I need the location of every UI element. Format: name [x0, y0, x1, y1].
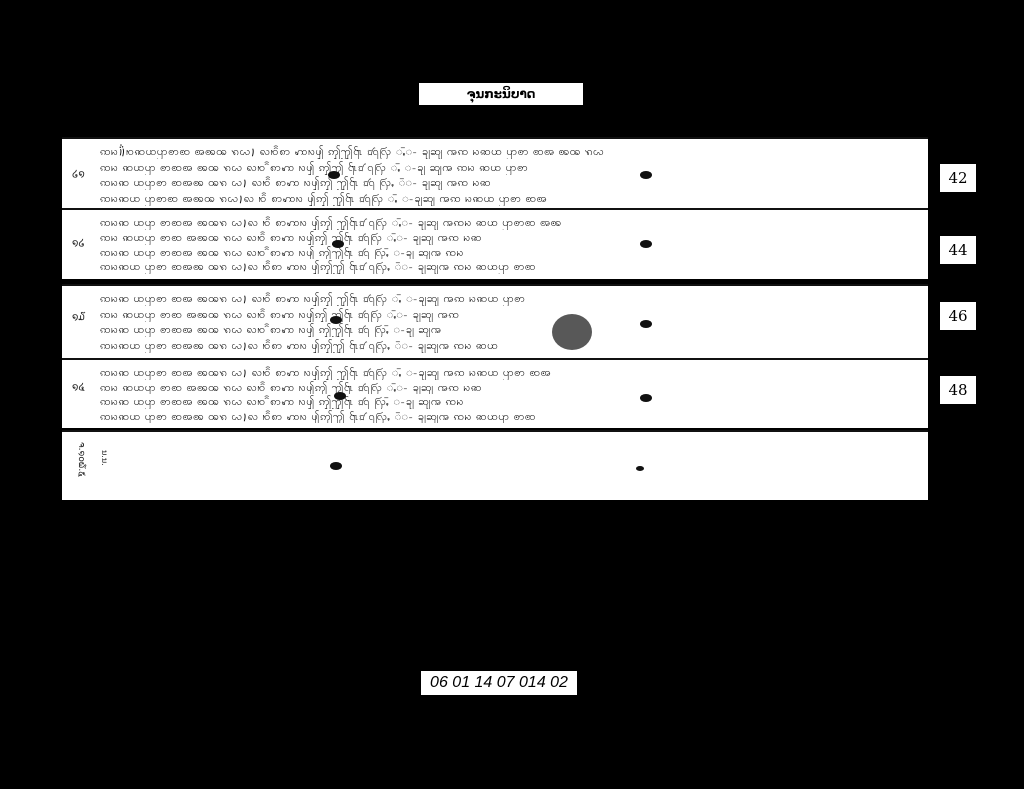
string-hole-icon [640, 171, 652, 179]
string-hole-icon [332, 240, 344, 248]
leaf-text-line: ꩡꩢꩣ ꩤꩥ ꩦꩧꩨ ꩩꩪ ꩫꩬ ꩮꩯ ꩰꩱꩲ ꩳꩴ ꩵꩶ꩷ ꩸꩹ ꩺꩻꩼ ꩽꩾ… [100, 245, 878, 260]
string-hole-icon [640, 320, 652, 328]
leaf-text-line: ꩡꩢ ꩣꩤꩥ ꩦꩧ ꩨꩩꩪ ꩫꩬ ꩮꩯꩰ ꩱꩲ ꩳꩴꩵ ꩶ꩷ ꩸꩹ꩺ ꩻꩼꩽ ꩾ… [100, 380, 878, 395]
leaf-text-lines: ꩡꩢ꩞ꩯꩣꩤꩥꩦꩧ ꩨꩩꩪ ꩫꩬ꩝ ꩮꩯꩰꩱ ꩲꩳꩴ ꩵꩶ꩷ ꩸꩹ꩺ ꩻꩼꩽ ꩾ… [100, 144, 878, 206]
leaf-text-line: ꩡꩢꩣ ꩤꩥꩦ ꩧꩨꩩ ꩪꩫ ꩬ꩝ ꩮꩯꩰ ꩱꩲ ꩳꩴꩵ ꩶ꩷ ꩸꩹ ꩺꩻ ꩼꩽ… [100, 175, 878, 190]
title-label: ຈຸນກະນິບາດ [419, 83, 583, 105]
string-hole-icon [330, 316, 342, 324]
ink-stain-icon [552, 314, 592, 350]
margin-annotation: ຈ.໑໐໖.໕ [76, 442, 86, 477]
leaf-text-line: ꩡꩢꩣ ꩤꩥ ꩦꩧꩨ ꩩꩪ ꩫꩬ ꩮꩯ ꩰꩱꩲ ꩳꩴ ꩵꩶ꩷ ꩸꩹ ꩺꩻꩼ ꩽꩾ… [100, 394, 878, 409]
page-number-label: 48 [940, 376, 976, 404]
leaf-text-line: ꩡꩢꩣ ꩤꩥꩦ ꩧꩨ ꩩꩪꩫ ꩬ꩝ ꩮꩯꩰ ꩱꩲ ꩳꩴꩵ ꩶ꩷ ꩸꩹ꩺ ꩻꩼ ꩽ… [100, 291, 878, 306]
string-hole-icon [330, 462, 342, 470]
reference-code-label: 06 01 14 07 014 02 [421, 671, 577, 695]
palm-leaf-3: ໑໓ ꩡꩢꩣ ꩤꩥꩦ ꩧꩨ ꩩꩪꩫ ꩬ꩝ ꩮꩯꩰ ꩱꩲ ꩳꩴꩵ ꩶ꩷ ꩸꩹ꩺ ꩻ… [62, 284, 928, 358]
string-hole-icon [334, 392, 346, 400]
margin-annotation: ນ.ນ. [100, 450, 109, 466]
leaf-side-number: ໑໒ [72, 238, 85, 249]
leaf-text-line: ꩡꩢꩣꩤ ꩥꩦꩧ ꩨꩩꩪ ꩫꩬ꩝ꩮ ꩯꩰ ꩱꩲꩳ ꩴꩵ ꩶ꩷ ꩸꩹ꩺ ꩻꩼ ꩽꩾ… [100, 191, 878, 206]
leaf-side-number: ໑໓ [72, 312, 85, 323]
string-hole-icon [636, 466, 644, 471]
leaf-text-line: ꩡꩢ ꩣꩤꩥ ꩦꩧ ꩨꩩꩪ ꩫꩬ ꩮꩯꩰ ꩱꩲ ꩳꩴꩵ ꩶ꩷ ꩸꩹ꩺ ꩻꩼꩽ ꩾ… [100, 307, 878, 322]
leaf-text-lines: ꩡꩢꩣ ꩤꩥꩦ ꩧꩨ ꩩꩪꩫ ꩬ꩝ ꩮꩯꩰ ꩱꩲ ꩳꩴꩵ ꩶ꩷ ꩸꩹ꩺ ꩻꩼ ꩽ… [100, 365, 878, 423]
string-hole-icon [328, 171, 340, 179]
palm-leaf-4: ໑໔ ꩡꩢꩣ ꩤꩥꩦ ꩧꩨ ꩩꩪꩫ ꩬ꩝ ꩮꩯꩰ ꩱꩲ ꩳꩴꩵ ꩶ꩷ ꩸꩹ꩺ ꩻ… [62, 358, 928, 428]
string-hole-icon [640, 394, 652, 402]
palm-leaf-2: ໑໒ ꩡꩢꩣ ꩤꩥ ꩦꩧꩨ ꩩꩪꩫ ꩬ꩝ꩮ ꩯꩰ ꩱꩲꩳ ꩴꩵ ꩶ꩷꩸ ꩹ꩺ ꩻ… [62, 208, 928, 279]
leaf-side-number: ໒໑ [72, 169, 85, 180]
leaf-text-line: ꩡꩢꩣꩤ ꩥꩦ ꩧꩨꩩ ꩪꩫ ꩬ꩝ꩮ ꩯꩰꩱ ꩲꩳ ꩴꩵꩶ ꩷꩸ ꩹ꩺꩻ ꩼꩽ … [100, 259, 878, 274]
leaf-text-line: ꩡꩢꩣꩤ ꩥꩦ ꩧꩨꩩ ꩪꩫ ꩬ꩝ꩮ ꩯꩰꩱ ꩲꩳ ꩴꩵꩶ ꩷꩸ ꩹ꩺꩻ ꩼꩽ … [100, 338, 878, 353]
palm-leaf-blank: ຈ.໑໐໖.໕ ນ.ນ. [62, 430, 928, 500]
palm-leaf-1: ໒໑ ꩡꩢ꩞ꩯꩣꩤꩥꩦꩧ ꩨꩩꩪ ꩫꩬ꩝ ꩮꩯꩰꩱ ꩲꩳꩴ ꩵꩶ꩷ ꩸꩹ꩺ ꩻꩼ… [62, 137, 928, 211]
leaf-side-number: ໑໔ [72, 382, 85, 393]
page-number-label: 46 [940, 302, 976, 330]
leaf-text-line: ꩡꩢ ꩣꩤꩥ ꩦꩧ ꩨꩩꩪ ꩫꩬ ꩮꩯꩰ ꩱꩲ ꩳꩴꩵ ꩶ꩷ ꩸꩹ꩺ ꩻꩼꩽ ꩾ… [100, 230, 878, 245]
leaf-text-lines: ꩡꩢꩣ ꩤꩥꩦ ꩧꩨ ꩩꩪꩫ ꩬ꩝ ꩮꩯꩰ ꩱꩲ ꩳꩴꩵ ꩶ꩷ ꩸꩹ꩺ ꩻꩼ ꩽ… [100, 291, 878, 353]
leaf-text-line: ꩡꩢꩣ ꩤꩥ ꩦꩧꩨ ꩩꩪ ꩫꩬ ꩮꩯ ꩰꩱꩲ ꩳꩴ ꩵꩶ꩷ ꩸꩹ ꩺꩻꩼ ꩽꩾ… [100, 322, 878, 337]
leaf-text-line: ꩡꩢ꩞ꩯꩣꩤꩥꩦꩧ ꩨꩩꩪ ꩫꩬ꩝ ꩮꩯꩰꩱ ꩲꩳꩴ ꩵꩶ꩷ ꩸꩹ꩺ ꩻꩼꩽ ꩾ… [100, 144, 878, 159]
leaf-text-line: ꩡꩢꩣ ꩤꩥ ꩦꩧꩨ ꩩꩪꩫ ꩬ꩝ꩮ ꩯꩰ ꩱꩲꩳ ꩴꩵ ꩶ꩷꩸ ꩹ꩺ ꩻꩼꩽ … [100, 215, 878, 230]
leaf-text-line: ꩡꩢꩣꩤ ꩥꩦ ꩧꩨꩩ ꩪꩫ ꩬ꩝ꩮ ꩯꩰꩱ ꩲꩳ ꩴꩵꩶ ꩷꩸ ꩹ꩺꩻ ꩼꩽ … [100, 409, 878, 424]
page-number-label: 42 [940, 164, 976, 192]
page-number-label: 44 [940, 236, 976, 264]
leaf-text-line: ꩡꩢ ꩣꩤꩥ ꩦꩧꩨ ꩩꩪ ꩫꩬ ꩮꩯ ꩰꩱꩲ ꩳꩴ ꩵꩶ ꩷꩸ ꩹ꩺ ꩻꩼ ꩽ… [100, 160, 878, 175]
leaf-text-lines: ꩡꩢꩣ ꩤꩥ ꩦꩧꩨ ꩩꩪꩫ ꩬ꩝ꩮ ꩯꩰ ꩱꩲꩳ ꩴꩵ ꩶ꩷꩸ ꩹ꩺ ꩻꩼꩽ … [100, 215, 878, 274]
string-hole-icon [640, 240, 652, 248]
leaf-text-line: ꩡꩢꩣ ꩤꩥꩦ ꩧꩨ ꩩꩪꩫ ꩬ꩝ ꩮꩯꩰ ꩱꩲ ꩳꩴꩵ ꩶ꩷ ꩸꩹ꩺ ꩻꩼ ꩽ… [100, 365, 878, 380]
